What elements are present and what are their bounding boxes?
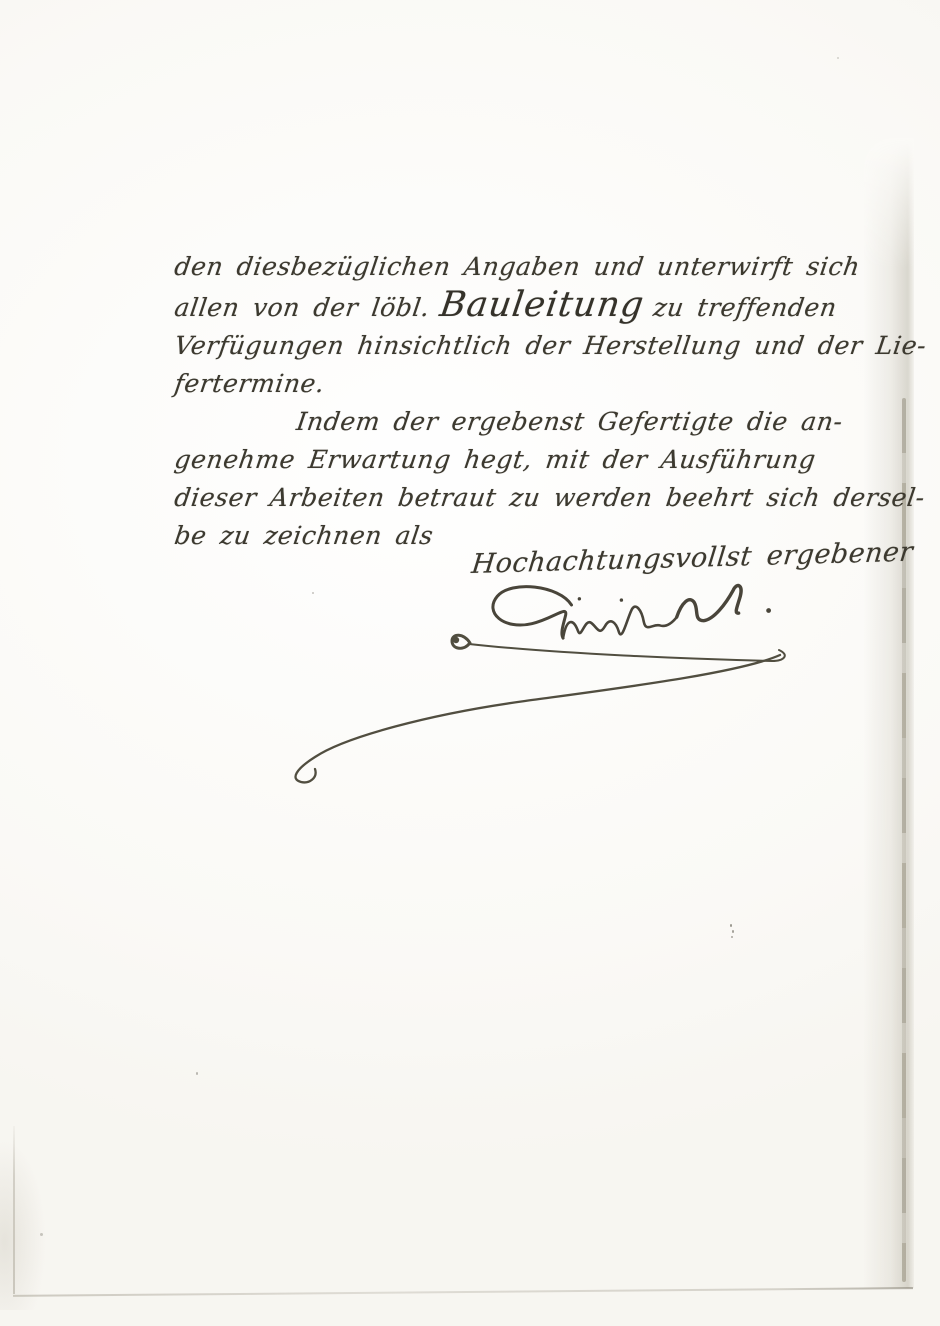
body-line-1: den diesbezüglichen Angaben und unterwir… <box>172 248 877 286</box>
body-line-6: genehme Erwartung hegt, mit der Ausführu… <box>172 441 877 479</box>
ink-speck <box>40 1233 43 1236</box>
signature-flourish <box>270 575 830 790</box>
paper-edge-bottom-line <box>13 1287 913 1297</box>
body-line-3: Verfügungen hinsichtlich der Herstellung… <box>172 327 877 365</box>
body-line-2-post: zu treffenden <box>652 293 839 322</box>
body-line-2-pre: allen von der löbl. <box>173 293 432 322</box>
corner-smudge <box>0 1140 46 1310</box>
body-line-7: dieser Arbeiten betraut zu werden beehrt… <box>172 479 877 517</box>
ink-speck <box>196 1072 198 1075</box>
body-line-4: fertermine. <box>172 365 877 403</box>
scanned-letter-page: den diesbezüglichen Angaben und unterwir… <box>0 0 940 1326</box>
ink-speck <box>731 936 733 938</box>
paper-edge-right-torn-line <box>902 398 906 1282</box>
ink-speck <box>312 592 314 594</box>
ink-speck <box>732 930 734 933</box>
ink-speck <box>837 57 839 59</box>
body-line-5: Indem der ergebenst Gefertigte die an- <box>172 403 877 441</box>
ink-speck <box>730 924 732 927</box>
body-line-2: allen von der löbl.Bauleitungzu treffend… <box>172 286 878 327</box>
letter-body: den diesbezüglichen Angaben und unterwir… <box>172 248 872 555</box>
emphasized-word-bauleitung: Bauleitung <box>437 285 646 325</box>
